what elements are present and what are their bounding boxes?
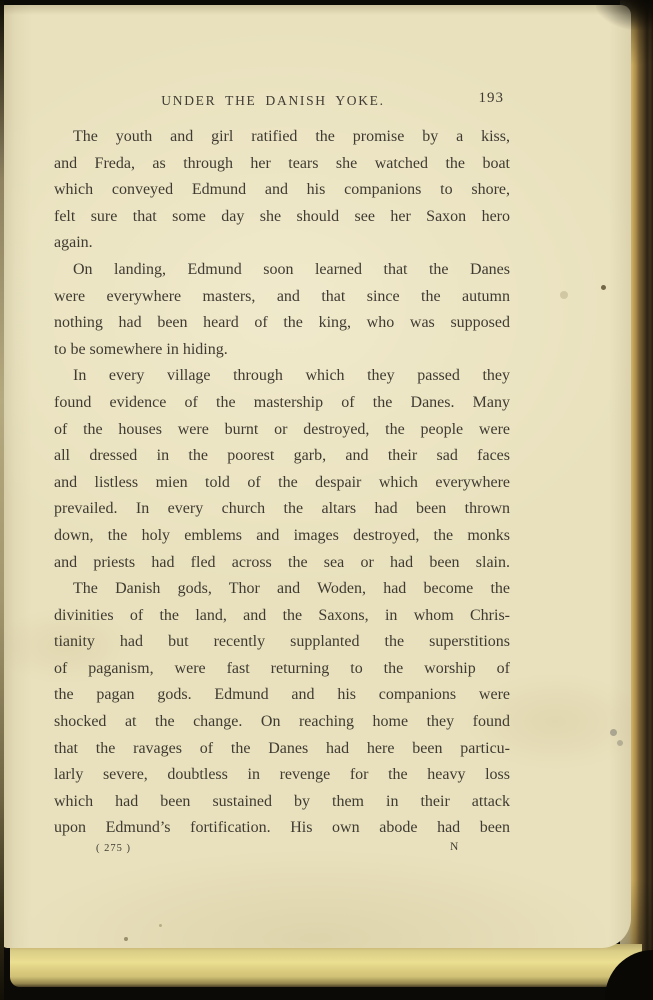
- text-line: larly severe, doubtless in revenge for t…: [54, 762, 510, 789]
- text-line: and listless mien told of the despair wh…: [54, 470, 510, 497]
- text-line: of the houses were burnt or destroyed, t…: [54, 417, 510, 444]
- page-content: UNDER THE DANISH YOKE. 193 The youth and…: [0, 0, 653, 1000]
- text-line: of paganism, were fast returning to the …: [54, 656, 510, 683]
- text-line: upon Edmund’s fortification. His own abo…: [54, 815, 510, 842]
- text-line: The youth and girl ratified the promise …: [54, 124, 510, 151]
- paragraph: The youth and girl ratified the promise …: [54, 124, 510, 257]
- page-footer: ( 275 ) N: [54, 841, 510, 859]
- text-line: In every village through which they pass…: [54, 363, 510, 390]
- text-line: again.: [54, 230, 510, 257]
- text-line: and priests had fled across the sea or h…: [54, 550, 510, 577]
- paragraph: The Danish gods, Thor and Woden, had bec…: [54, 576, 510, 842]
- text-line: to be somewhere in hiding.: [54, 337, 510, 364]
- page-header: UNDER THE DANISH YOKE. 193: [54, 92, 510, 110]
- book-scan: UNDER THE DANISH YOKE. 193 The youth and…: [0, 0, 653, 1000]
- running-title: UNDER THE DANISH YOKE.: [161, 93, 384, 108]
- text-line: felt sure that some day she should see h…: [54, 204, 510, 231]
- text-line: and Freda, as through her tears she watc…: [54, 151, 510, 178]
- text-line: The Danish gods, Thor and Woden, had bec…: [54, 576, 510, 603]
- text-line: the pagan gods. Edmund and his companion…: [54, 682, 510, 709]
- text-line: shocked at the change. On reaching home …: [54, 709, 510, 736]
- body-text: The youth and girl ratified the promise …: [54, 124, 510, 842]
- text-line: nothing had been heard of the king, who …: [54, 310, 510, 337]
- text-line: divinities of the land, and the Saxons, …: [54, 603, 510, 630]
- text-line: which conveyed Edmund and his companions…: [54, 177, 510, 204]
- text-line: found evidence of the mastership of the …: [54, 390, 510, 417]
- gathering-letter: N: [450, 841, 459, 853]
- paragraph: On landing, Edmund soon learned that the…: [54, 257, 510, 363]
- print-signature: ( 275 ): [96, 843, 131, 854]
- text-line: all dressed in the poorest garb, and the…: [54, 443, 510, 470]
- text-line: that the ravages of the Danes had here b…: [54, 736, 510, 763]
- text-line: down, the holy emblems and images destro…: [54, 523, 510, 550]
- text-line: tianity had but recently supplanted the …: [54, 629, 510, 656]
- text-line: were everywhere masters, and that since …: [54, 284, 510, 311]
- text-line: which had been sustained by them in thei…: [54, 789, 510, 816]
- text-line: prevailed. In every church the altars ha…: [54, 496, 510, 523]
- text-line: On landing, Edmund soon learned that the…: [54, 257, 510, 284]
- paragraph: In every village through which they pass…: [54, 363, 510, 576]
- page-number: 193: [479, 90, 505, 107]
